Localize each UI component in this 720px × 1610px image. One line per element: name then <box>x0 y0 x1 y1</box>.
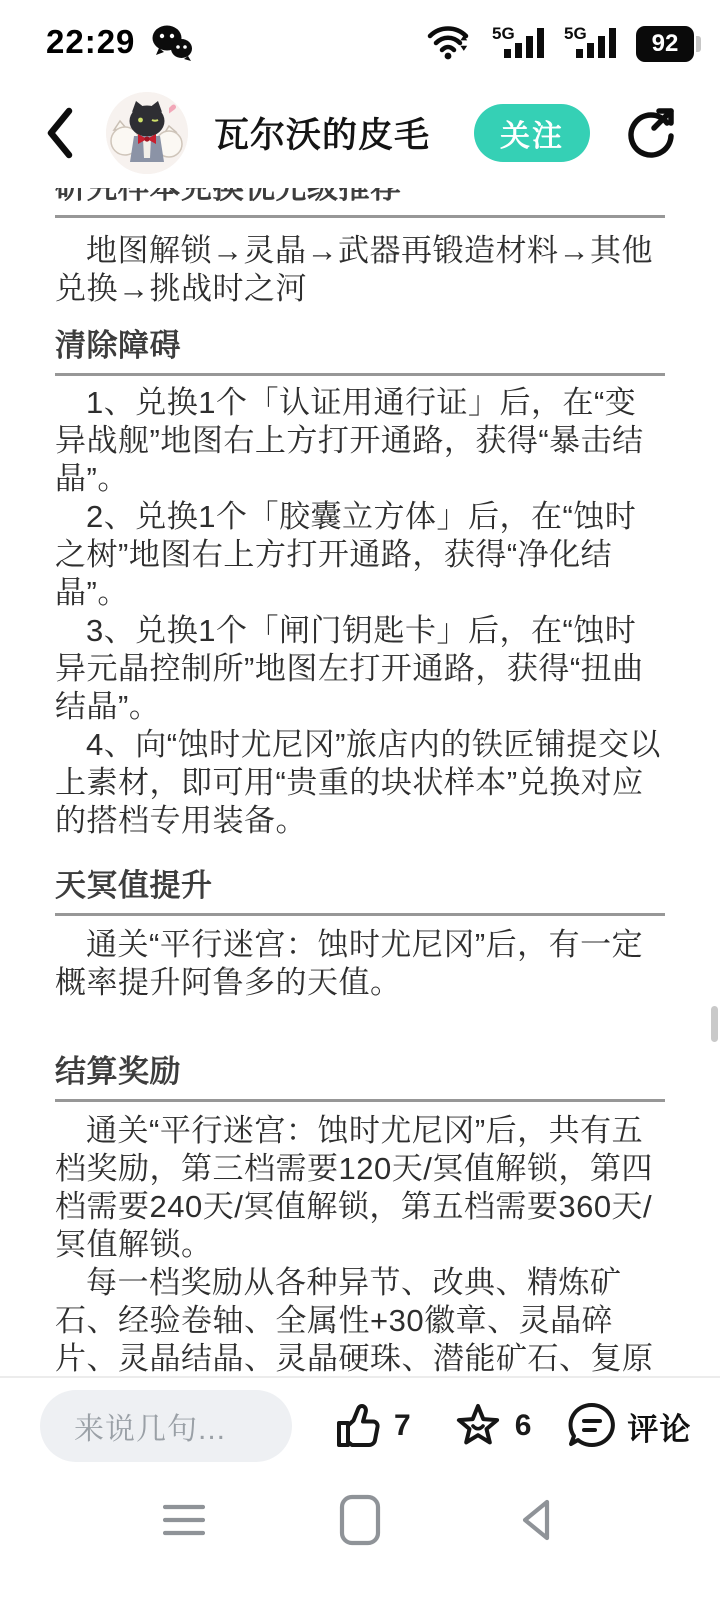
comment-button[interactable]: 评论 <box>565 1399 691 1453</box>
like-button[interactable]: 7 <box>332 1400 411 1452</box>
svg-text:5G: 5G <box>564 24 587 43</box>
home-button[interactable] <box>337 1494 383 1546</box>
article-paragraph: 4、向“蚀时尤尼冈”旅店内的铁匠铺提交以上素材，即可用“贵重的块状样本”兑换对应… <box>55 726 665 840</box>
article-paragraph: 通关“平行迷宫：蚀时尤尼冈”后，有一定概率提升阿鲁多的天值。 <box>55 926 665 1002</box>
comment-placeholder: 来说几句... <box>74 1404 226 1448</box>
article-header: 瓦尔沃的皮毛 关注 <box>0 78 720 188</box>
article-body: 研究样本兑换优先级推荐 地图解锁→灵晶→武器再锻造材料→其他兑换→挑战时之河 清… <box>55 188 665 1568</box>
battery-percent: 92 <box>652 30 679 58</box>
back-nav-button[interactable] <box>513 1496 559 1544</box>
section-heading: 天冥值提升 <box>55 868 665 916</box>
favorite-button[interactable]: 6 <box>451 1399 532 1453</box>
wifi-icon <box>426 22 478 62</box>
article-paragraph: 1、兑换1个「认证用通行证」后，在“变异战舰”地图右上方打开通路，获得“暴击结晶… <box>55 384 665 498</box>
svg-text:5G: 5G <box>492 24 515 43</box>
share-button[interactable] <box>624 106 678 160</box>
comment-label: 评论 <box>627 1404 691 1449</box>
signal-5g-icon-2: 5G <box>564 22 622 62</box>
section-heading: 清除障碍 <box>55 328 665 376</box>
article-paragraph: 2、兑换1个「胶囊立方体」后，在“蚀时之树”地图右上方打开通路，获得“净化结晶”… <box>55 498 665 612</box>
battery-icon: 92 <box>636 26 694 62</box>
article-paragraph: 通关“平行迷宫：蚀时尤尼冈”后，共有五档奖励，第三档需要120天/冥值解锁，第四… <box>55 1112 665 1264</box>
comment-bar: 来说几句... 7 6 <box>0 1378 720 1474</box>
wechat-notification-icon <box>151 23 193 61</box>
thumbs-up-icon <box>332 1400 384 1452</box>
username[interactable]: 瓦尔沃的皮毛 <box>214 108 430 158</box>
scrollbar-thumb[interactable] <box>711 1006 718 1042</box>
status-bar: 22:29 <box>0 0 720 78</box>
article-paragraph: 地图解锁→灵晶→武器再锻造材料→其他兑换→挑战时之河 <box>55 232 665 308</box>
comment-input[interactable]: 来说几句... <box>40 1390 292 1462</box>
signal-5g-icon-1: 5G <box>492 22 550 62</box>
android-navbar <box>0 1470 720 1570</box>
app-screen: 22:29 <box>0 0 720 1610</box>
follow-button[interactable]: 关注 <box>474 104 590 162</box>
section-heading: 结算奖励 <box>55 1054 665 1102</box>
avatar[interactable] <box>106 92 188 174</box>
comment-bubble-icon <box>565 1399 619 1453</box>
recents-button[interactable] <box>161 1500 207 1540</box>
article-paragraph: 3、兑换1个「闸门钥匙卡」后，在“蚀时异元晶控制所”地图左打开通路，获得“扭曲结… <box>55 612 665 726</box>
status-time: 22:29 <box>46 23 135 61</box>
favorite-count: 6 <box>515 1409 532 1443</box>
star-icon <box>451 1399 505 1453</box>
like-count: 7 <box>394 1409 411 1443</box>
back-button[interactable] <box>44 104 76 162</box>
